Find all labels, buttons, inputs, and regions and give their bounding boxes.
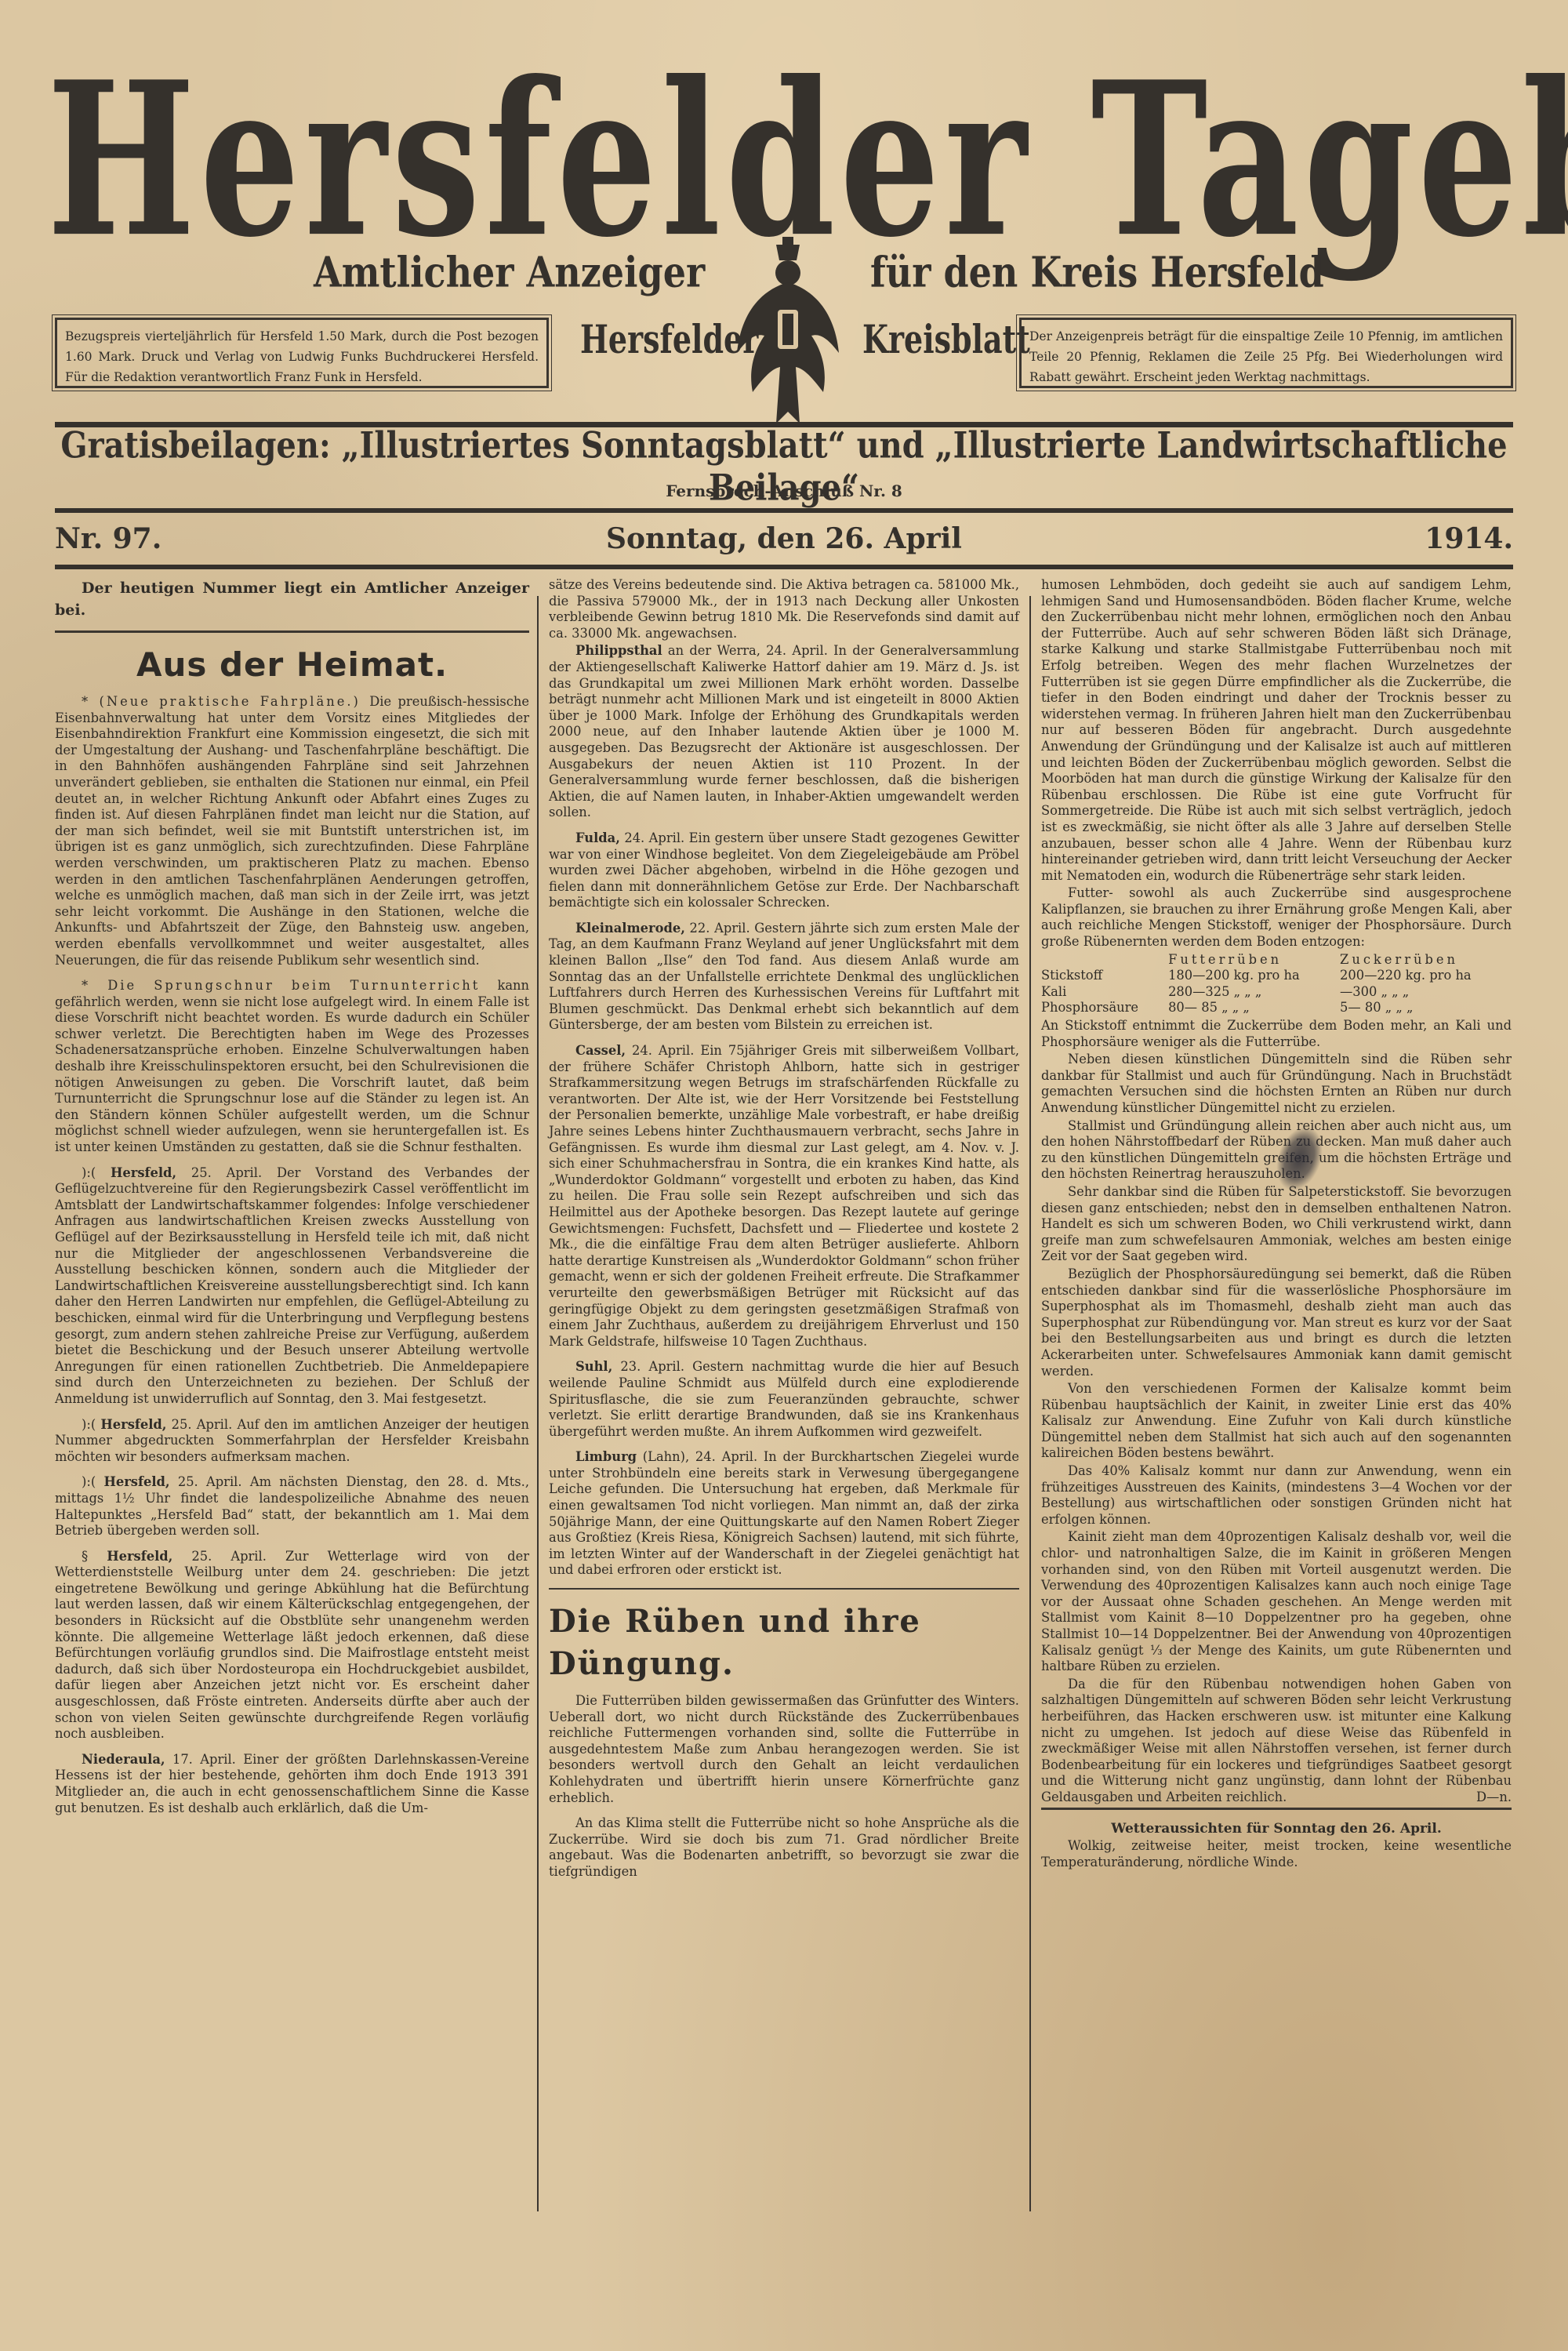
table-cell: 80— 85 „ „ „ bbox=[1168, 1000, 1340, 1016]
column-1: Der heutigen Nummer liegt ein Amtlicher … bbox=[55, 577, 529, 1826]
column-2: sätze des Vereins bedeutende sind. Die A… bbox=[549, 577, 1019, 1882]
news-place: Cassel, bbox=[575, 1043, 626, 1058]
column-divider bbox=[537, 596, 539, 2211]
news-item: ):( Hersfeld, 25. April. Am nächsten Die… bbox=[55, 1474, 529, 1539]
feature-title: Die Rüben und ihre Düngung. bbox=[549, 1601, 1019, 1685]
table-cell: Phosphorsäure bbox=[1041, 1000, 1168, 1016]
nutrient-table: FutterrübenZuckerrüben Stickstoff180—200… bbox=[1041, 952, 1512, 1016]
news-place: Niederaula, bbox=[82, 1752, 165, 1767]
news-item: ):( Hersfeld, 25. April. Auf den im amtl… bbox=[55, 1417, 529, 1466]
news-mark: ):( bbox=[82, 1474, 103, 1489]
dateline: Nr. 97. Sonntag, den 26. April 1914. bbox=[55, 518, 1513, 565]
advertising-rates-box: Der Anzeigenpreis beträgt für die einspa… bbox=[1019, 318, 1513, 388]
news-place: Hersfeld, bbox=[100, 1417, 166, 1432]
news-mark: § bbox=[82, 1549, 107, 1564]
news-place: Hersfeld, bbox=[111, 1165, 176, 1180]
table-cell: 180—200 kg. pro ha bbox=[1168, 968, 1340, 984]
feature-paragraph: An Stickstoff entnimmt die Zuckerrübe de… bbox=[1041, 1018, 1512, 1050]
issue-date: Sonntag, den 26. April bbox=[55, 522, 1513, 555]
news-item: Cassel, 24. April. Ein 75jähriger Greis … bbox=[549, 1043, 1019, 1350]
news-place: Hersfeld, bbox=[103, 1474, 169, 1489]
table-header bbox=[1041, 952, 1168, 968]
news-mark: ):( bbox=[82, 1417, 100, 1432]
dateline-top-rule bbox=[55, 508, 1513, 513]
article-continuation: sätze des Vereins bedeutende sind. Die A… bbox=[549, 577, 1019, 641]
news-date: 24. April. bbox=[620, 830, 689, 845]
news-item: Philippsthal an der Werra, 24. April. In… bbox=[549, 643, 1019, 821]
news-item: Limburg (Lahn), 24. April. In der Burckh… bbox=[549, 1449, 1019, 1579]
supplement-notice: Der heutigen Nummer liegt ein Amtlicher … bbox=[55, 577, 529, 621]
news-text: In der Generalversammlung der Aktiengese… bbox=[549, 643, 1019, 819]
dateline-bottom-rule bbox=[55, 565, 1513, 569]
news-item: Suhl, 23. April. Gestern nachmittag wurd… bbox=[549, 1359, 1019, 1440]
news-text: Zur Wetterlage wird von der Wetterdienst… bbox=[55, 1549, 529, 1742]
table-row: Stickstoff180—200 kg. pro ha200—220 kg. … bbox=[1041, 968, 1512, 984]
news-date: 25. April. bbox=[170, 1474, 250, 1489]
emblem-label-left: Hersfelder bbox=[580, 316, 758, 362]
table-cell: —300 „ „ „ bbox=[1340, 984, 1512, 1001]
subtitle-district: für den Kreis Hersfeld bbox=[870, 248, 1324, 296]
news-date: 22. April. bbox=[685, 921, 754, 936]
feature-paragraph: Sehr dankbar sind die Rüben für Salpeter… bbox=[1041, 1184, 1512, 1265]
feature-paragraph: Neben diesen künstlichen Düngemitteln si… bbox=[1041, 1052, 1512, 1116]
feature-paragraph: Stallmist und Gründüngung allein reichen… bbox=[1041, 1118, 1512, 1183]
emblem-label-right: Kreisblatt bbox=[862, 316, 1030, 362]
feature-paragraph: An das Klima stellt die Futterrübe nicht… bbox=[549, 1815, 1019, 1880]
news-item: * Die Sprungschnur beim Turnunterricht k… bbox=[55, 978, 529, 1156]
table-header: Futterrüben bbox=[1168, 952, 1340, 968]
weather-forecast-title: Wetteraussichten für Sonntag den 26. Apr… bbox=[1041, 1821, 1512, 1837]
news-place: Philippsthal bbox=[575, 643, 662, 658]
divider bbox=[549, 1588, 1019, 1590]
phone-line: Fernsprech-Anschluß Nr. 8 bbox=[47, 481, 1521, 500]
table-row: Kali280—325 „ „ „—300 „ „ „ bbox=[1041, 984, 1512, 1001]
news-text: Gestern jährte sich zum ersten Male der … bbox=[549, 921, 1019, 1033]
table-row: Phosphorsäure80— 85 „ „ „5— 80 „ „ „ bbox=[1041, 1000, 1512, 1016]
table-header: Zuckerrüben bbox=[1340, 952, 1512, 968]
news-date: 23. April. bbox=[612, 1359, 692, 1374]
news-item: § Hersfeld, 25. April. Zur Wetterlage wi… bbox=[55, 1549, 529, 1742]
news-place: Hersfeld, bbox=[107, 1549, 172, 1564]
feature-paragraph: Da die für den Rübenbau notwendigen hohe… bbox=[1041, 1677, 1512, 1806]
divider bbox=[55, 630, 529, 633]
section-title-heimat: Aus der Heimat. bbox=[55, 644, 529, 686]
feature-paragraph: Kainit zieht man dem 40prozentigen Kalis… bbox=[1041, 1529, 1512, 1674]
news-item: ):( Hersfeld, 25. April. Der Vorstand de… bbox=[55, 1165, 529, 1408]
news-date: 24. April. bbox=[626, 1043, 700, 1058]
column-divider bbox=[1029, 596, 1031, 2211]
news-place: Suhl, bbox=[575, 1359, 612, 1374]
issue-year: 1914. bbox=[1425, 522, 1513, 555]
subtitle-official-gazette: Amtlicher Anzeiger bbox=[314, 248, 705, 296]
weather-forecast-text: Wolkig, zeitweise heiter, meist trocken,… bbox=[1041, 1838, 1512, 1870]
feature-paragraph: Von den verschiedenen Formen der Kalisal… bbox=[1041, 1381, 1512, 1462]
table-cell: 5— 80 „ „ „ bbox=[1340, 1000, 1512, 1016]
news-text: Ein 75jähriger Greis mit silberweißem Vo… bbox=[549, 1043, 1019, 1349]
feature-paragraph: Futter- sowohl als auch Zuckerrübe sind … bbox=[1041, 885, 1512, 950]
news-date: an der Werra, 24. April. bbox=[662, 643, 833, 658]
news-date: 25. April. bbox=[166, 1417, 237, 1432]
table-cell: Kali bbox=[1041, 984, 1168, 1001]
news-lead: * (Neue praktische Fahrpläne.) bbox=[82, 694, 369, 709]
news-date: 17. April. bbox=[165, 1752, 244, 1767]
news-mark: ):( bbox=[82, 1165, 111, 1180]
column-3: humosen Lehmböden, doch gedeiht sie auch… bbox=[1041, 577, 1512, 1872]
news-item: Kleinalmerode, 22. April. Gestern jährte… bbox=[549, 921, 1019, 1034]
table-cell: 200—220 kg. pro ha bbox=[1340, 968, 1512, 984]
feature-continuation: humosen Lehmböden, doch gedeiht sie auch… bbox=[1041, 577, 1512, 950]
news-date: (Lahn), 24. April. bbox=[637, 1449, 764, 1464]
news-item: Fulda, 24. April. Ein gestern über unser… bbox=[549, 830, 1019, 911]
regional-news-list: Philippsthal an der Werra, 24. April. In… bbox=[549, 643, 1019, 1579]
news-lead: * Die Sprungschnur beim Turnunterricht bbox=[82, 978, 497, 993]
table-cell: Stickstoff bbox=[1041, 968, 1168, 984]
feature-paragraph: Bezüglich der Phosphorsäuredüngung sei b… bbox=[1041, 1266, 1512, 1379]
news-place: Kleinalmerode, bbox=[575, 921, 685, 936]
news-item: Niederaula, 17. April. Einer der größten… bbox=[55, 1752, 529, 1816]
feature-paragraph: Das 40% Kalisalz kommt nur dann zur Anwe… bbox=[1041, 1463, 1512, 1528]
table-cell: 280—325 „ „ „ bbox=[1168, 984, 1340, 1001]
feature-article: Die Futterrüben bilden gewissermaßen das… bbox=[549, 1693, 1019, 1880]
news-item: * (Neue praktische Fahrpläne.) Die preuß… bbox=[55, 694, 529, 968]
divider bbox=[1041, 1808, 1512, 1810]
local-news-list: * (Neue praktische Fahrpläne.) Die preuß… bbox=[55, 694, 529, 1816]
news-date: 25. April. bbox=[172, 1549, 285, 1564]
news-text: Die preußisch-hessische Eisenbahnverwalt… bbox=[55, 694, 529, 968]
news-place: Fulda, bbox=[575, 830, 620, 845]
news-text: Der Vorstand des Verbandes der Geflügelz… bbox=[55, 1165, 529, 1406]
author-signature: D—n. bbox=[1450, 1790, 1512, 1806]
subscription-info-box: Bezugspreis vierteljährlich für Hersfeld… bbox=[55, 318, 549, 388]
feature-paragraph: Die Futterrüben bilden gewissermaßen das… bbox=[549, 1693, 1019, 1806]
feature-paragraph: humosen Lehmböden, doch gedeiht sie auch… bbox=[1041, 577, 1512, 884]
feature-continuation-2: An Stickstoff entnimmt die Zuckerrübe de… bbox=[1041, 1018, 1512, 1806]
news-text: kann gefährlich werden, wenn sie nicht l… bbox=[55, 978, 529, 1154]
news-text: In der Burckhartschen Ziegelei wurde unt… bbox=[549, 1449, 1019, 1577]
news-date: 25. April. bbox=[176, 1165, 277, 1180]
news-place: Limburg bbox=[575, 1449, 637, 1464]
